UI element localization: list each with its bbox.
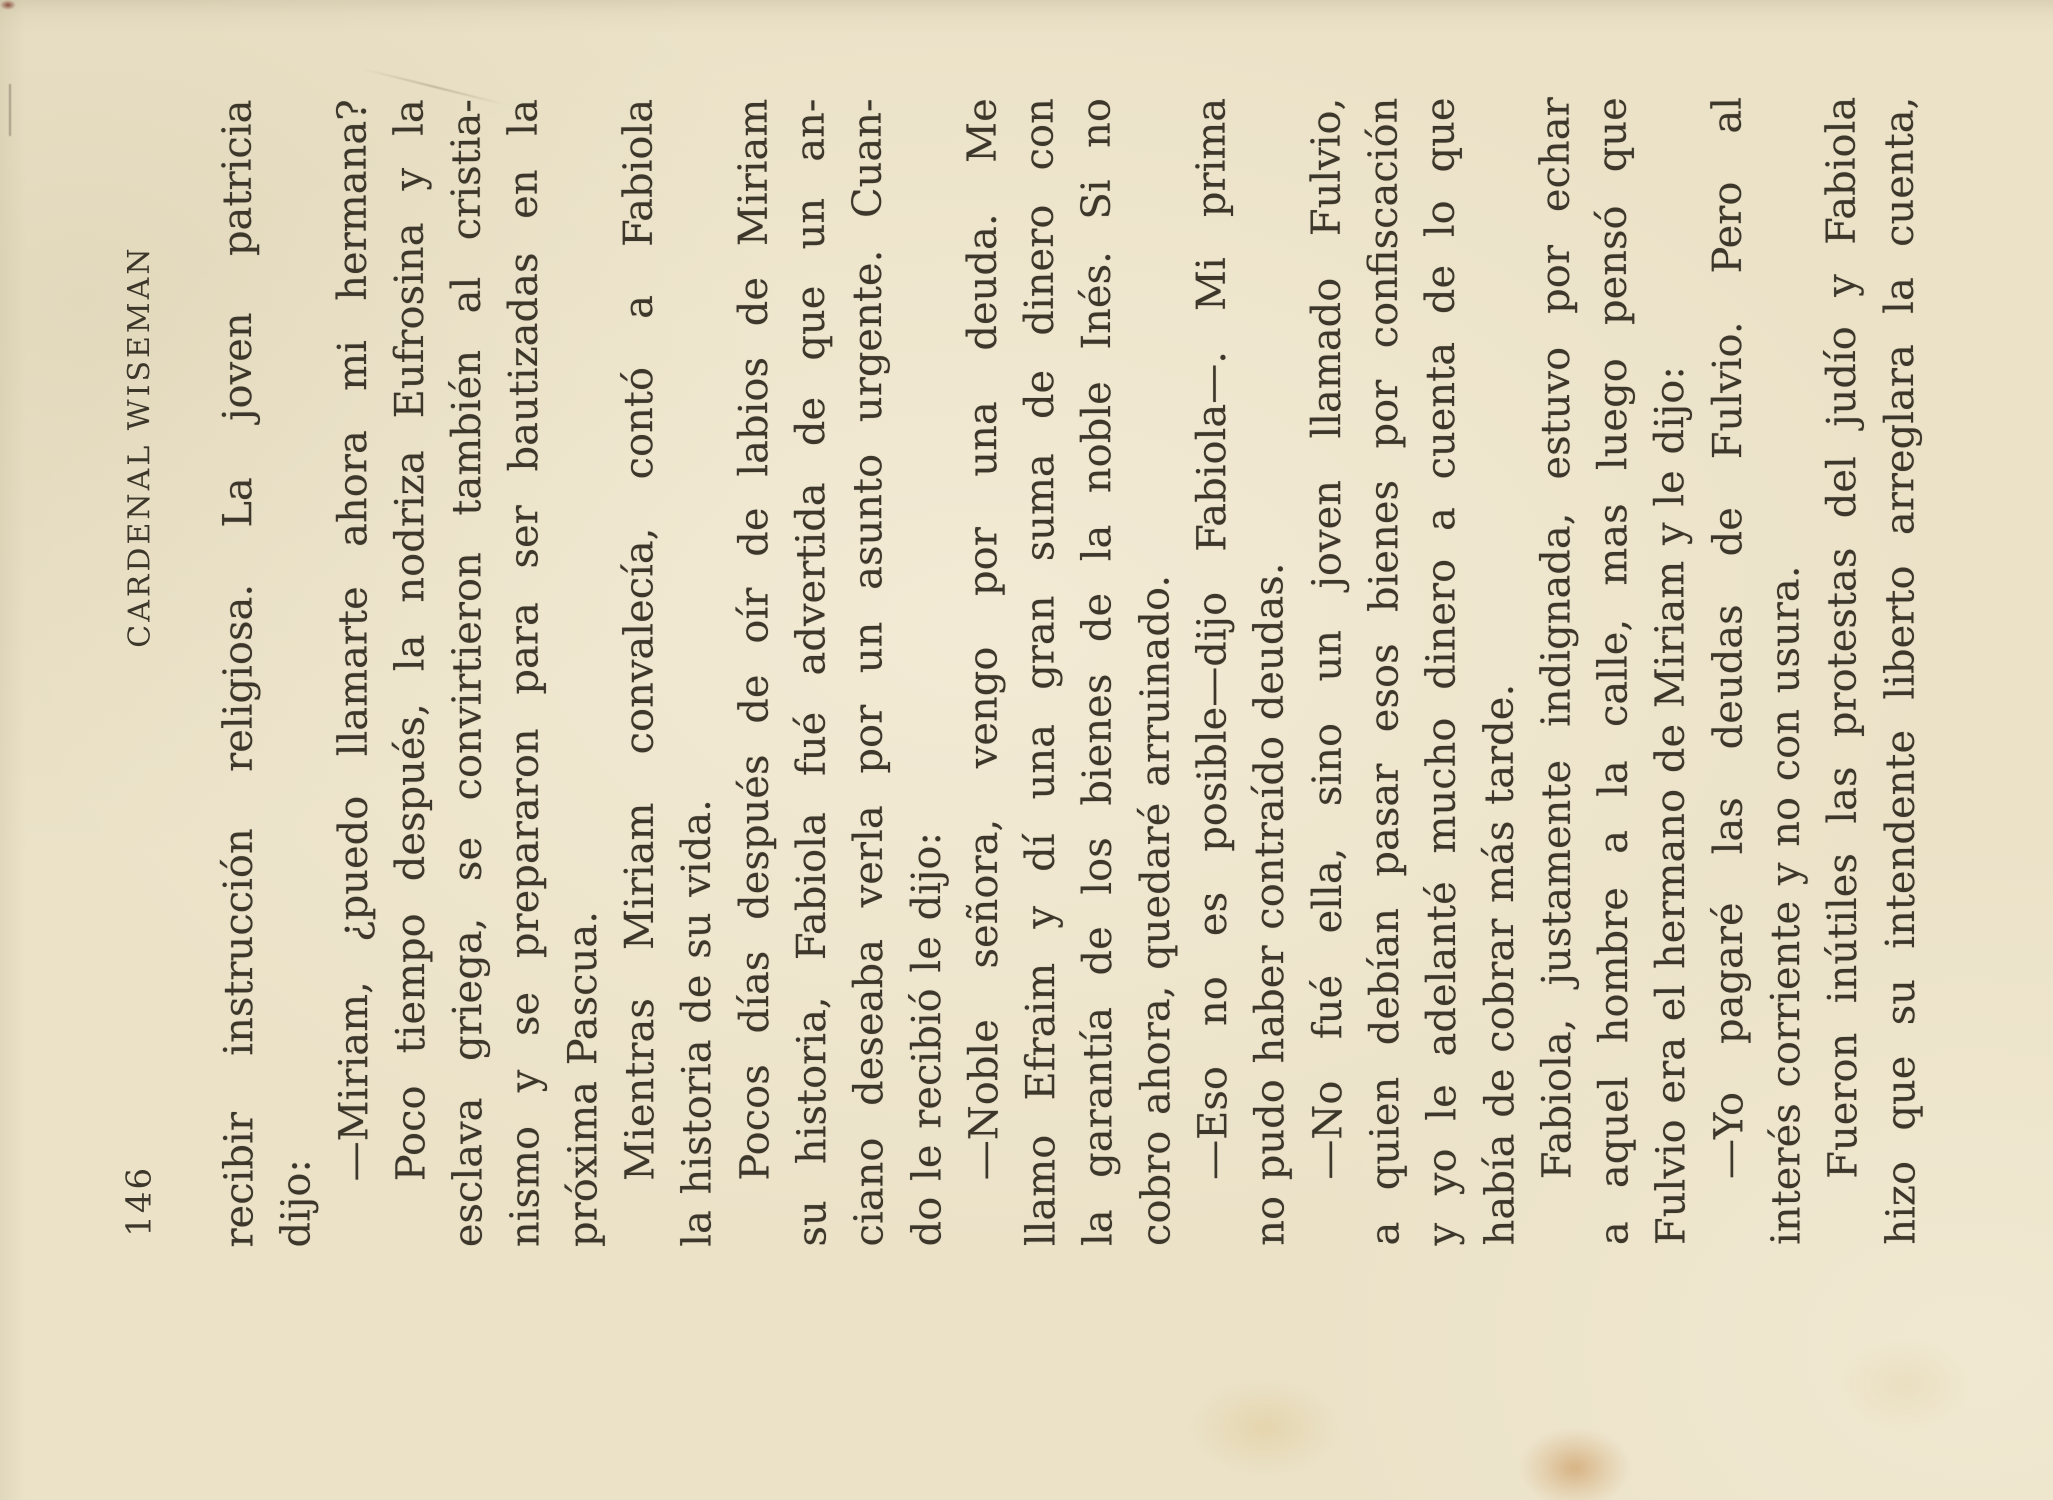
text-line: Pocos días después de oír de labios de M… xyxy=(725,99,784,1247)
text-line: nismo y se prepararon para ser bautizada… xyxy=(496,99,555,1247)
text-line: hizo que su intendente liberto arreglara… xyxy=(1871,97,1930,1245)
text-line: do le recibió le dijo: xyxy=(897,98,956,1246)
text-line: —Yo pagaré las deudas de Fulvio. Pero al xyxy=(1699,97,1758,1245)
text-line: próxima Pascua. xyxy=(553,99,612,1247)
running-title: CARDENAL WISEMAN xyxy=(122,245,158,647)
text-line: —Noble señora, vengo por una deuda. Me xyxy=(954,98,1013,1246)
text-line: recibir instrucción religiosa. La joven … xyxy=(210,100,269,1248)
text-line: dijo: xyxy=(267,99,326,1247)
text-line: había de cobrar más tarde. xyxy=(1470,97,1529,1245)
text-line: Fulvio era el hermano de Miriam y le dij… xyxy=(1642,97,1701,1245)
page-number: 146 xyxy=(119,1166,159,1237)
text-line: Poco tiempo después, la nodriza Eufrosin… xyxy=(381,99,440,1247)
text-line: la garantía de los bienes de la noble In… xyxy=(1069,98,1128,1246)
book-page-scan: 146 CARDENAL WISEMAN recibir instrucción… xyxy=(0,0,2053,1500)
text-line: a aquel hombre a la calle, mas luego pen… xyxy=(1585,97,1644,1245)
text-line: no pudo haber contraído deudas. xyxy=(1241,98,1300,1246)
body-text: recibir instrucción religiosa. La joven … xyxy=(210,97,1931,1248)
running-header: 146 CARDENAL WISEMAN xyxy=(0,0,60,1500)
text-line: —No fué ella, sino un joven llamado Fulv… xyxy=(1298,98,1357,1246)
text-line: a quien debían pasar esos bienes por con… xyxy=(1355,98,1414,1246)
text-line: —Eso no es posible—dijo Fabiola—. Mi pri… xyxy=(1184,98,1243,1246)
text-line: —Miriam, ¿puedo llamarte ahora mi herman… xyxy=(324,99,383,1247)
text-line: cobro ahora, quedaré arruinado. xyxy=(1126,98,1185,1246)
text-line: esclava griega, se convirtieron también … xyxy=(439,99,498,1247)
text-line: Fueron inútiles las protestas del judío … xyxy=(1814,97,1873,1245)
rotated-page: 146 CARDENAL WISEMAN recibir instrucción… xyxy=(0,0,2053,1500)
text-line: interés corriente y no con usura. xyxy=(1757,97,1816,1245)
text-line: Mientras Miriam convalecía, contó a Fabi… xyxy=(611,99,670,1247)
text-line: la historia de su vida. xyxy=(668,99,727,1247)
text-line: su historia, Fabiola fué advertida de qu… xyxy=(783,99,842,1247)
text-line: Fabiola, justamente indignada, estuvo po… xyxy=(1527,97,1586,1245)
text-line: y yo le adelanté mucho dinero a cuenta d… xyxy=(1413,97,1472,1245)
text-line: ciano deseaba verla por un asunto urgent… xyxy=(840,98,899,1246)
text-line: llamo Efraim y dí una gran suma de diner… xyxy=(1012,98,1071,1246)
